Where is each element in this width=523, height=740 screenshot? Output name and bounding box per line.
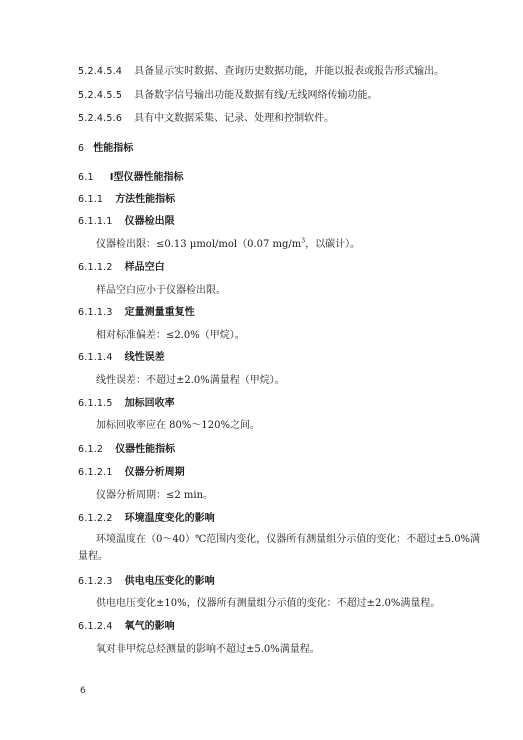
clause-text: 具备数字信号输出功能及数据有线/无线网络传输功能。 [134,90,377,101]
section-number: 6 [78,142,84,156]
section-title: 性能指标 [93,143,133,154]
clause-5-2-4-5-6: 5.2.4.5.6具有中文数据采集、记录、处理和控制软件。 [78,112,334,126]
section-title: 仪器检出限 [125,216,175,227]
section-6-1-2-2-body-line2: 量程。 [78,550,108,564]
section-number: 6.1 [78,171,94,185]
section-number: 6.1.1.4 [78,351,113,365]
section-title: 线性误差 [125,352,165,363]
clause-5-2-4-5-5: 5.2.4.5.5具备数字信号输出功能及数据有线/无线网络传输功能。 [78,89,377,103]
section-6-1-2-3-body: 供电电压变化±10%，仪器所有测量组分示值的变化：不超过±2.0%满量程。 [96,597,440,611]
page-number: 6 [80,686,86,696]
section-6-1-2-4-body: 氧对非甲烷总烃测量的影响不超过±5.0%满量程。 [96,643,320,657]
section-6-1-1-2-body: 样品空白应小于仪器检出限。 [96,284,226,298]
section-6-1-1-3-body: 相对标准偏差：≤2.0%（甲烷）。 [96,329,245,343]
document-page: 5.2.4.5.4具备显示实时数据、查询历史数据功能，并能以报表或报告形式输出。… [0,0,523,740]
section-6-1-1-1-body: 仪器检出限：≤0.13 μmol/mol（0.07 mg/m3，以碳计）。 [96,238,360,252]
section-6-1-1-5-body: 加标回收率应在 80%～120%之间。 [96,419,260,433]
body-text: ，以碳计）。 [305,239,360,250]
section-6-1-1-2-heading: 6.1.1.2样品空白 [78,261,165,275]
section-number: 6.1.1 [78,193,103,207]
section-6-1-1-1-heading: 6.1.1.1仪器检出限 [78,215,175,229]
section-6-1-heading: 6.1Ⅰ型仪器性能指标 [78,171,183,185]
clause-number: 5.2.4.5.5 [78,89,122,103]
section-number: 6.1.2 [78,443,103,457]
section-6-1-2-1-heading: 6.1.2.1仪器分析周期 [78,466,185,480]
section-6-1-2-4-heading: 6.1.2.4氧气的影响 [78,620,175,634]
clause-text: 具有中文数据采集、记录、处理和控制软件。 [134,113,334,124]
section-number: 6.1.2.4 [78,620,113,634]
section-title: 加标回收率 [125,398,175,409]
section-6-1-2-2-body-line1: 环境温度在（0～40）℃范围内变化，仪器所有测量组分示值的变化：不超过±5.0%… [96,533,480,547]
clause-5-2-4-5-4: 5.2.4.5.4具备显示实时数据、查询历史数据功能，并能以报表或报告形式输出。 [78,65,444,79]
clause-text: 具备显示实时数据、查询历史数据功能，并能以报表或报告形式输出。 [134,66,444,77]
section-6-1-2-heading: 6.1.2仪器性能指标 [78,443,175,457]
section-title: 定量测量重复性 [125,307,195,318]
section-6-heading: 6性能指标 [78,142,133,156]
section-title: 供电电压变化的影响 [125,576,215,587]
section-6-1-1-5-heading: 6.1.1.5加标回收率 [78,397,175,411]
section-number: 6.1.2.2 [78,512,113,526]
section-6-1-1-3-heading: 6.1.1.3定量测量重复性 [78,306,195,320]
section-title: 方法性能指标 [115,194,175,205]
section-number: 6.1.1.1 [78,215,113,229]
section-number: 6.1.2.1 [78,466,113,480]
section-6-1-2-2-heading: 6.1.2.2环境温度变化的影响 [78,512,215,526]
clause-number: 5.2.4.5.4 [78,65,122,79]
section-title: 样品空白 [125,262,165,273]
section-6-1-2-3-heading: 6.1.2.3供电电压变化的影响 [78,575,215,589]
clause-number: 5.2.4.5.6 [78,112,122,126]
section-number: 6.1.2.3 [78,575,113,589]
body-text: 仪器检出限：≤0.13 μmol/mol（0.07 mg/m [96,239,301,250]
section-6-1-1-4-heading: 6.1.1.4线性误差 [78,351,165,365]
section-title: 仪器性能指标 [115,444,175,455]
section-6-1-1-heading: 6.1.1方法性能指标 [78,193,175,207]
section-title: 氧气的影响 [125,621,175,632]
section-title: Ⅰ型仪器性能指标 [110,172,184,183]
section-title: 环境温度变化的影响 [125,513,215,524]
section-number: 6.1.1.5 [78,397,113,411]
section-6-1-1-4-body: 线性误差：不超过±2.0%满量程（甲烷）。 [96,374,285,388]
section-number: 6.1.1.3 [78,306,113,320]
section-number: 6.1.1.2 [78,261,113,275]
section-title: 仪器分析周期 [125,467,185,478]
section-6-1-2-1-body: 仪器分析周期：≤2 min。 [96,489,213,503]
